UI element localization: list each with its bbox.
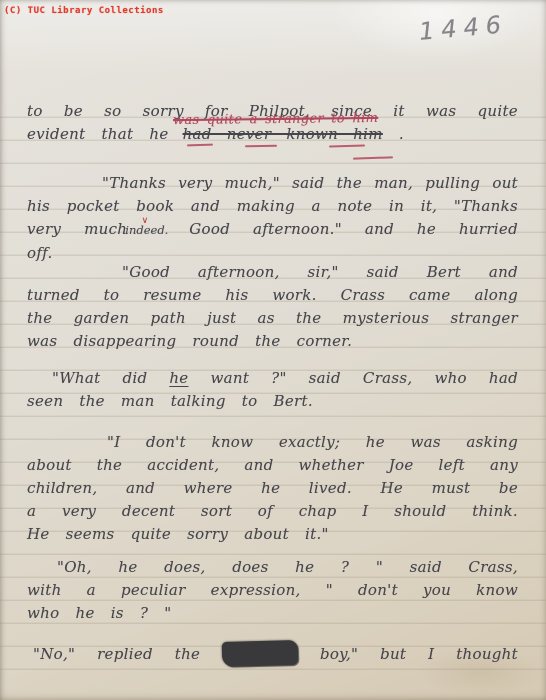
handwritten-line: children, and where he lived. He must be <box>27 477 518 500</box>
paragraph-5: "I don't know exactly; he was asking abo… <box>27 431 518 546</box>
handwritten-line: his pocket book and making a note in it,… <box>27 195 518 218</box>
line-text: boy," but I thought <box>320 645 518 663</box>
page-number: 1446 <box>418 10 509 46</box>
manuscript-text: to be so sorry for Philpot, since it was… <box>27 100 518 664</box>
line-text: want ?" said Crass, who had <box>210 369 518 387</box>
handwritten-line: very much∨indeed. Good afternoon." and h… <box>27 218 518 241</box>
handwritten-line: He seems quite sorry about it." <box>27 523 518 546</box>
line-text: "No," replied the <box>33 645 200 663</box>
red-underline-mark <box>329 145 365 148</box>
handwritten-line: seen the man talking to Bert. <box>27 390 518 413</box>
paragraph-7: "No," replied the boy," but I thought <box>27 641 518 664</box>
line-text: evident that he <box>27 125 169 143</box>
handwritten-line: "Good afternoon, sir," said Bert and <box>27 261 518 284</box>
red-ink-insertion-struck: was quite a stranger to him <box>172 107 377 132</box>
underlined-word: he <box>169 369 188 387</box>
line-text: "What did <box>52 369 147 387</box>
handwritten-line: a very decent sort of chap I should thin… <box>27 500 518 523</box>
line-text: very much <box>27 220 127 238</box>
paragraph-2: "Thanks very much," said the man, pullin… <box>27 172 518 241</box>
paragraph-4: "What did he want ?" said Crass, who had… <box>27 367 518 413</box>
handwritten-line: "What did he want ?" said Crass, who had <box>27 367 518 390</box>
handwritten-line: the garden path just as the mysterious s… <box>27 307 518 330</box>
red-caret-mark: ∨ <box>142 210 149 233</box>
handwritten-line: was disappearing round the corner. <box>27 330 518 353</box>
red-underline-mark <box>187 144 213 147</box>
paragraph-1: to be so sorry for Philpot, since it was… <box>27 100 518 146</box>
handwritten-line: "Thanks very much," said the man, pullin… <box>27 172 518 195</box>
handwritten-line: "I don't know exactly; he was asking <box>27 431 518 454</box>
paragraph-3: "Good afternoon, sir," said Bert and tur… <box>27 261 518 353</box>
copyright-watermark: (C) TUC Library Collections <box>4 6 164 16</box>
line-text: . <box>399 125 404 143</box>
paragraph-6: "Oh, he does, does he ? " said Crass, wi… <box>27 556 518 625</box>
red-underline-mark <box>353 156 393 159</box>
handwritten-line: with a peculiar expression, " don't you … <box>27 579 518 602</box>
handwritten-line: "Oh, he does, does he ? " said Crass, <box>27 556 518 579</box>
handwritten-line: who he is ? " <box>27 602 518 625</box>
handwritten-line: turned to resume his work. Crass came al… <box>27 284 518 307</box>
handwritten-line: "No," replied the boy," but I thought <box>27 641 518 664</box>
interlinear-insertion: ∨indeed. <box>125 219 168 242</box>
ink-redaction-blot <box>222 640 299 667</box>
editorial-correction-block: was quite a stranger to himhad never kno… <box>183 123 383 146</box>
manuscript-page: (C) TUC Library Collections 1446 to be s… <box>0 0 546 700</box>
handwritten-line: about the accident, and whether Joe left… <box>27 454 518 477</box>
handwritten-line: evident that hewas quite a stranger to h… <box>27 123 518 146</box>
red-underline-mark <box>245 145 277 148</box>
